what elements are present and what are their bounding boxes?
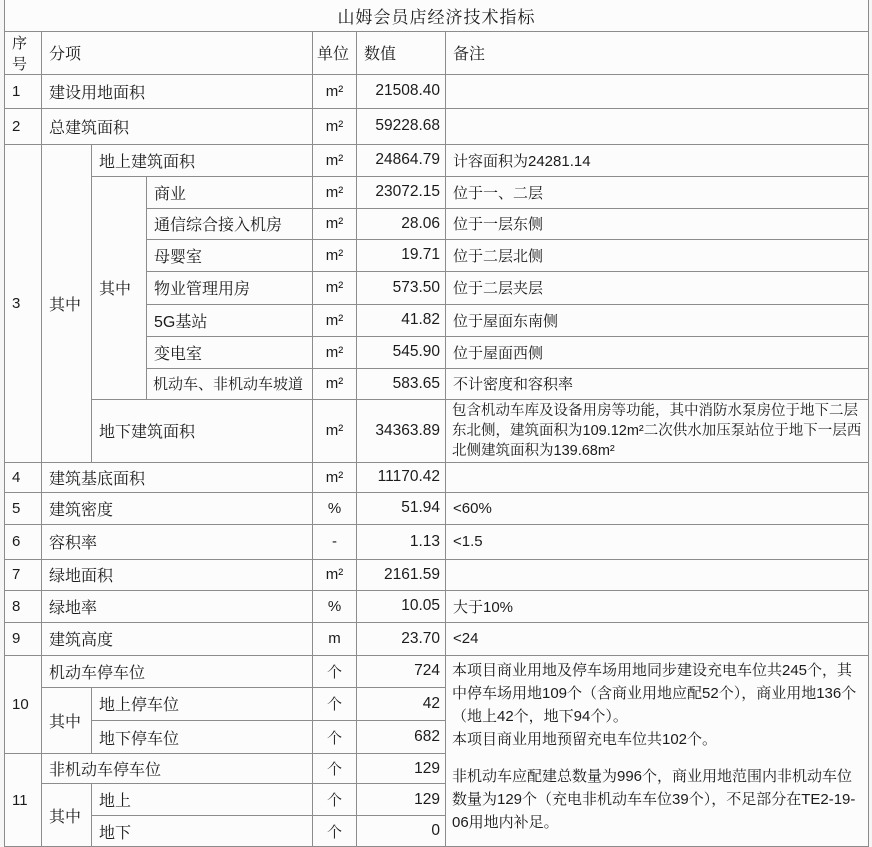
unit-cell: m² [313, 144, 357, 176]
value-cell: 583.65 [357, 368, 446, 399]
row-number: 4 [5, 462, 42, 492]
value-cell: 28.06 [357, 208, 446, 239]
item-name: 商业 [147, 176, 313, 208]
subgroup-label: 其中 [42, 144, 92, 462]
item-name: 建筑基底面积 [42, 462, 313, 492]
header-no: 序号 [5, 31, 42, 74]
unit-cell: m² [313, 462, 357, 492]
item-name: 容积率 [42, 524, 313, 559]
table-row: 11 非机动车停车位 个 129 非机动车应配建总数量为996个，商业用地范围内… [5, 754, 869, 784]
unit-cell: m² [313, 271, 357, 304]
row-number: 8 [5, 590, 42, 622]
remark-cell: 非机动车应配建总数量为996个，商业用地范围内非机动车位数量为129个（充电非机… [446, 754, 869, 847]
remark-cell: <60% [446, 492, 869, 524]
item-name: 变电室 [147, 336, 313, 368]
remark-cell [446, 74, 869, 108]
unit-cell: m² [313, 108, 357, 144]
row-number: 7 [5, 559, 42, 590]
item-name: 总建筑面积 [42, 108, 313, 144]
value-cell: 34363.89 [357, 399, 446, 462]
table-row: 1 建设用地面积 m² 21508.40 [5, 74, 869, 108]
economic-indicator-table: 山姆会员店经济技术指标 序号 分项 单位 数值 备注 1 建设用地面积 m² 2… [4, 0, 869, 847]
value-cell: 51.94 [357, 492, 446, 524]
value-cell: 573.50 [357, 271, 446, 304]
value-cell: 21508.40 [357, 74, 446, 108]
table-row: 5 建筑密度 % 51.94 <60% [5, 492, 869, 524]
table-row: 7 绿地面积 m² 2161.59 [5, 559, 869, 590]
header-unit: 单位 [313, 31, 357, 74]
unit-cell: 个 [313, 687, 357, 721]
item-name: 建筑高度 [42, 622, 313, 655]
item-name: 物业管理用房 [147, 271, 313, 304]
value-cell: 724 [357, 655, 446, 687]
unit-cell: % [313, 492, 357, 524]
value-cell: 682 [357, 721, 446, 754]
table-row: 4 建筑基底面积 m² 11170.42 [5, 462, 869, 492]
unit-cell: m² [313, 176, 357, 208]
remark-cell: 位于一层东侧 [446, 208, 869, 239]
unit-cell: % [313, 590, 357, 622]
item-name: 机动车停车位 [42, 655, 313, 687]
item-name: 地下 [92, 816, 313, 847]
remark-cell: 包含机动车库及设备用房等功能，其中消防水泵房位于地下二层东北侧，建筑面积为109… [446, 399, 869, 462]
table-row: 10 机动车停车位 个 724 本项目商业用地及停车场用地同步建设充电车位共24… [5, 655, 869, 687]
header-value: 数值 [357, 31, 446, 74]
remark-cell: 计容面积为24281.14 [446, 144, 869, 176]
value-cell: 23.70 [357, 622, 446, 655]
unit-cell: 个 [313, 816, 357, 847]
table-row: 3 其中 地上建筑面积 m² 24864.79 计容面积为24281.14 [5, 144, 869, 176]
value-cell: 23072.15 [357, 176, 446, 208]
table-row: 6 容积率 - 1.13 <1.5 [5, 524, 869, 559]
subgroup-label: 其中 [42, 687, 92, 754]
unit-cell: 个 [313, 754, 357, 784]
unit-cell: m² [313, 559, 357, 590]
remark-cell: <1.5 [446, 524, 869, 559]
unit-cell: m [313, 622, 357, 655]
remark-paragraph: 本项目商业用地预留充电车位共102个。 [452, 728, 862, 751]
table-row: 8 绿地率 % 10.05 大于10% [5, 590, 869, 622]
item-name: 绿地面积 [42, 559, 313, 590]
table-row: 2 总建筑面积 m² 59228.68 [5, 108, 869, 144]
value-cell: 41.82 [357, 304, 446, 336]
item-name: 地上停车位 [92, 687, 313, 721]
value-cell: 11170.42 [357, 462, 446, 492]
header-remark: 备注 [446, 31, 869, 74]
unit-cell: m² [313, 368, 357, 399]
value-cell: 10.05 [357, 590, 446, 622]
unit-cell: m² [313, 304, 357, 336]
unit-cell: m² [313, 399, 357, 462]
remark-cell: 位于屋面东南侧 [446, 304, 869, 336]
remark-cell: 不计密度和容积率 [446, 368, 869, 399]
row-number: 3 [5, 144, 42, 462]
item-name: 建设用地面积 [42, 74, 313, 108]
row-number: 9 [5, 622, 42, 655]
table-row: 9 建筑高度 m 23.70 <24 [5, 622, 869, 655]
remark-paragraph: 本项目商业用地及停车场用地同步建设充电车位共245个，其中停车场用地109个（含… [452, 659, 862, 728]
row-number: 5 [5, 492, 42, 524]
row-number: 10 [5, 655, 42, 754]
item-name: 母婴室 [147, 239, 313, 271]
remark-cell: 位于二层北侧 [446, 239, 869, 271]
value-cell: 129 [357, 754, 446, 784]
remark-cell: <24 [446, 622, 869, 655]
remark-cell: 本项目商业用地及停车场用地同步建设充电车位共245个，其中停车场用地109个（含… [446, 655, 869, 754]
item-name: 地下建筑面积 [92, 399, 313, 462]
item-name: 机动车、非机动车坡道 [147, 368, 313, 399]
unit-cell: m² [313, 239, 357, 271]
header-item: 分项 [42, 31, 313, 74]
value-cell: 0 [357, 816, 446, 847]
table-title: 山姆会员店经济技术指标 [5, 0, 869, 31]
row-number: 2 [5, 108, 42, 144]
item-name: 非机动车停车位 [42, 754, 313, 784]
value-cell: 42 [357, 687, 446, 721]
item-name: 5G基站 [147, 304, 313, 336]
remark-cell: 位于二层夹层 [446, 271, 869, 304]
item-name: 地下停车位 [92, 721, 313, 754]
value-cell: 129 [357, 784, 446, 816]
value-cell: 2161.59 [357, 559, 446, 590]
item-name: 地上 [92, 784, 313, 816]
value-cell: 1.13 [357, 524, 446, 559]
subgroup-label: 其中 [92, 176, 147, 399]
header-row: 序号 分项 单位 数值 备注 [5, 31, 869, 74]
subgroup-label: 其中 [42, 784, 92, 847]
item-name: 建筑密度 [42, 492, 313, 524]
unit-cell: 个 [313, 721, 357, 754]
remark-cell [446, 462, 869, 492]
unit-cell: m² [313, 336, 357, 368]
value-cell: 59228.68 [357, 108, 446, 144]
row-number: 11 [5, 754, 42, 847]
remark-cell: 位于一、二层 [446, 176, 869, 208]
value-cell: 545.90 [357, 336, 446, 368]
unit-cell: 个 [313, 655, 357, 687]
row-number: 1 [5, 74, 42, 108]
row-number: 6 [5, 524, 42, 559]
unit-cell: m² [313, 208, 357, 239]
table-row: 其中 商业 m² 23072.15 位于一、二层 [5, 176, 869, 208]
table-row: 地下建筑面积 m² 34363.89 包含机动车库及设备用房等功能，其中消防水泵… [5, 399, 869, 462]
remark-cell [446, 108, 869, 144]
item-name: 地上建筑面积 [92, 144, 313, 176]
value-cell: 24864.79 [357, 144, 446, 176]
item-name: 绿地率 [42, 590, 313, 622]
unit-cell: m² [313, 74, 357, 108]
unit-cell: - [313, 524, 357, 559]
item-name: 通信综合接入机房 [147, 208, 313, 239]
remark-cell: 位于屋面西侧 [446, 336, 869, 368]
value-cell: 19.71 [357, 239, 446, 271]
remark-cell [446, 559, 869, 590]
unit-cell: 个 [313, 784, 357, 816]
remark-cell: 大于10% [446, 590, 869, 622]
